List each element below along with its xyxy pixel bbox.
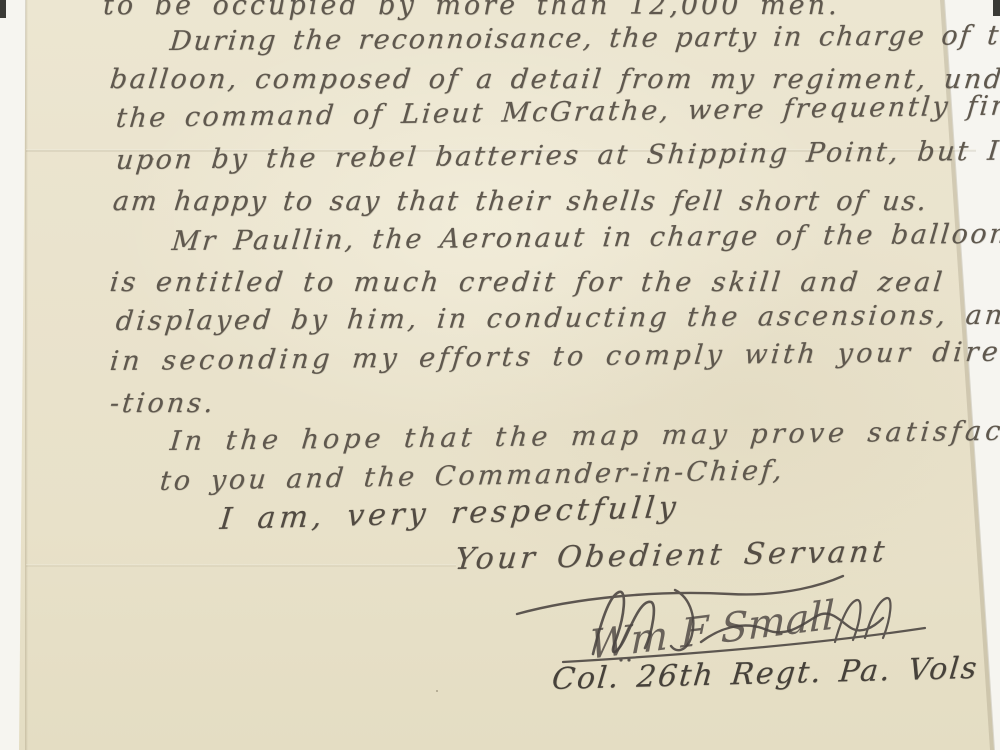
scan-corner-mark-left bbox=[0, 0, 6, 18]
fold-crease-lower bbox=[26, 564, 456, 567]
handwritten-line: to be occupied by more than 12,000 men. bbox=[103, 0, 840, 21]
dust-speck bbox=[436, 690, 438, 692]
scanned-letter-page: to be occupied by more than 12,000 men. … bbox=[0, 0, 1000, 750]
scan-corner-mark-right bbox=[993, 0, 1000, 16]
handwritten-line: -tions. bbox=[108, 388, 217, 419]
handwritten-line: balloon, composed of a detail from my re… bbox=[108, 64, 1000, 95]
handwritten-line: is entitled to much credit for the skill… bbox=[108, 267, 946, 298]
handwritten-line: displayed by him, in conducting the asce… bbox=[114, 300, 1000, 337]
paper-left-edge-shadow bbox=[25, 0, 28, 750]
handwritten-line: During the reconnoisance, the party in c… bbox=[168, 20, 1000, 57]
handwritten-line: am happy to say that their shells fell s… bbox=[111, 186, 929, 217]
